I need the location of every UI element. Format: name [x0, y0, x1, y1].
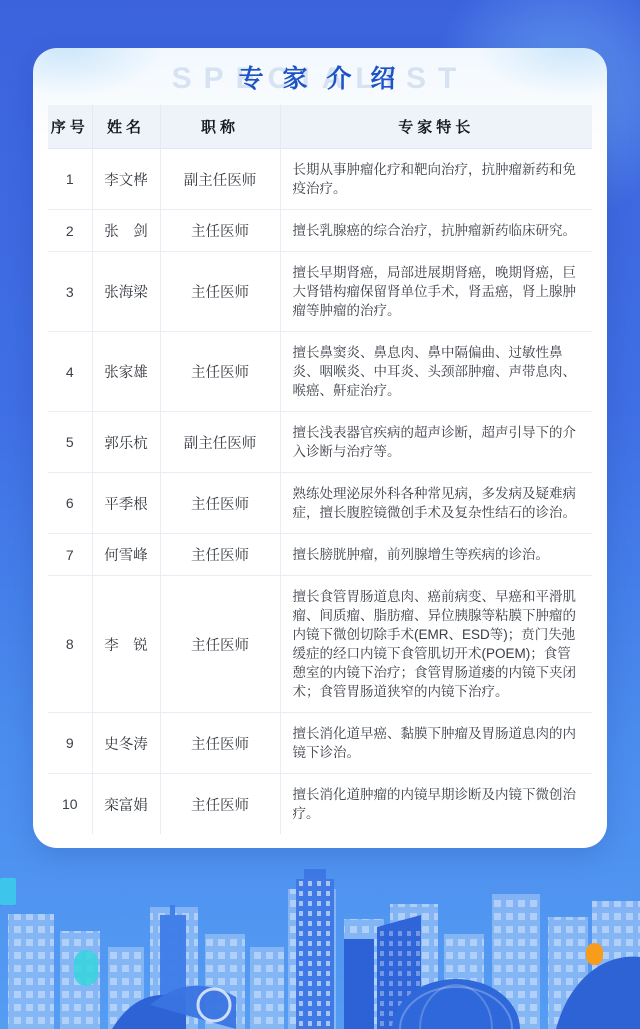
table-row: 10 栾富娟 主任医师 擅长消化道肿瘤的内镜早期诊断及内镜下微创治疗。 [48, 774, 592, 835]
cell-title: 主任医师 [160, 473, 280, 534]
cell-name: 张海梁 [92, 252, 160, 332]
table-row: 3 张海梁 主任医师 擅长早期肾癌，局部进展期肾癌，晚期肾癌，巨大肾错构瘤保留肾… [48, 252, 592, 332]
cell-name: 张家雄 [92, 332, 160, 412]
city-skyline-icon [0, 859, 640, 1029]
page-title: 专 家 介 绍 [239, 59, 402, 95]
cell-no: 4 [48, 332, 92, 412]
card-header: SPECIALIST 专 家 介 绍 [48, 48, 592, 105]
table-row: 2 张 剑 主任医师 擅长乳腺癌的综合治疗，抗肿瘤新药临床研究。 [48, 210, 592, 252]
cell-title: 主任医师 [160, 713, 280, 774]
cell-title: 主任医师 [160, 252, 280, 332]
table-row: 4 张家雄 主任医师 擅长鼻窦炎、鼻息肉、鼻中隔偏曲、过敏性鼻炎、咽喉炎、中耳炎… [48, 332, 592, 412]
cell-name: 何雪峰 [92, 534, 160, 576]
col-header-title: 职称 [160, 105, 280, 149]
table-row: 8 李 锐 主任医师 擅长食管胃肠道息肉、癌前病变、早癌和平滑肌瘤、间质瘤、脂肪… [48, 576, 592, 713]
cell-specialty: 擅长食管胃肠道息肉、癌前病变、早癌和平滑肌瘤、间质瘤、脂肪瘤、异位胰腺等粘膜下肿… [280, 576, 592, 713]
cell-name: 李文桦 [92, 149, 160, 210]
page-background: SPECIALIST 专 家 介 绍 序号 姓名 职称 专家特长 1 李文桦 [0, 0, 640, 1029]
cell-title: 主任医师 [160, 576, 280, 713]
cell-title: 主任医师 [160, 534, 280, 576]
table-row: 5 郭乐杭 副主任医师 擅长浅表器官疾病的超声诊断，超声引导下的介入诊断与治疗等… [48, 412, 592, 473]
orange-dot-accent [586, 943, 603, 965]
col-header-no: 序号 [48, 105, 92, 149]
cell-name: 郭乐杭 [92, 412, 160, 473]
cell-specialty: 长期从事肿瘤化疗和靶向治疗，抗肿瘤新药和免疫治疗。 [280, 149, 592, 210]
cell-specialty: 擅长乳腺癌的综合治疗，抗肿瘤新药临床研究。 [280, 210, 592, 252]
cell-name: 栾富娟 [92, 774, 160, 835]
table-row: 7 何雪峰 主任医师 擅长膀胱肿瘤，前列腺增生等疾病的诊治。 [48, 534, 592, 576]
specialist-table-body: 1 李文桦 副主任医师 长期从事肿瘤化疗和靶向治疗，抗肿瘤新药和免疫治疗。 2 … [48, 149, 592, 835]
cell-no: 1 [48, 149, 92, 210]
cell-specialty: 擅长鼻窦炎、鼻息肉、鼻中隔偏曲、过敏性鼻炎、咽喉炎、中耳炎、头颈部肿瘤、声带息肉… [280, 332, 592, 412]
col-header-specialty: 专家特长 [280, 105, 592, 149]
cell-title: 主任医师 [160, 332, 280, 412]
cell-no: 3 [48, 252, 92, 332]
table-header-row: 序号 姓名 职称 专家特长 [48, 105, 592, 149]
cell-specialty: 擅长消化道肿瘤的内镜早期诊断及内镜下微创治疗。 [280, 774, 592, 835]
cell-name: 张 剑 [92, 210, 160, 252]
cell-title: 主任医师 [160, 210, 280, 252]
cell-no: 5 [48, 412, 92, 473]
cell-specialty: 熟练处理泌尿外科各种常见病，多发病及疑难病症，擅长腹腔镜微创手术及复杂性结石的诊… [280, 473, 592, 534]
cell-no: 8 [48, 576, 92, 713]
table-row: 1 李文桦 副主任医师 长期从事肿瘤化疗和靶向治疗，抗肿瘤新药和免疫治疗。 [48, 149, 592, 210]
cell-name: 史冬涛 [92, 713, 160, 774]
cell-specialty: 擅长浅表器官疾病的超声诊断，超声引导下的介入诊断与治疗等。 [280, 412, 592, 473]
cyan-square-accent [0, 878, 16, 905]
cell-title: 副主任医师 [160, 412, 280, 473]
cell-no: 10 [48, 774, 92, 835]
cell-no: 2 [48, 210, 92, 252]
table-row: 9 史冬涛 主任医师 擅长消化道早癌、黏膜下肿瘤及胃肠道息肉的内镜下诊治。 [48, 713, 592, 774]
cell-no: 6 [48, 473, 92, 534]
cell-title: 副主任医师 [160, 149, 280, 210]
col-header-name: 姓名 [92, 105, 160, 149]
cyan-dot-accent [74, 950, 98, 986]
cell-specialty: 擅长消化道早癌、黏膜下肿瘤及胃肠道息肉的内镜下诊治。 [280, 713, 592, 774]
specialist-table: 序号 姓名 职称 专家特长 1 李文桦 副主任医师 长期从事肿瘤化疗和靶向治疗，… [48, 105, 592, 834]
cell-name: 平季根 [92, 473, 160, 534]
cell-name: 李 锐 [92, 576, 160, 713]
cell-title: 主任医师 [160, 774, 280, 835]
cell-specialty: 擅长早期肾癌，局部进展期肾癌，晚期肾癌，巨大肾错构瘤保留肾单位手术，肾盂癌，肾上… [280, 252, 592, 332]
cell-no: 9 [48, 713, 92, 774]
table-row: 6 平季根 主任医师 熟练处理泌尿外科各种常见病，多发病及疑难病症，擅长腹腔镜微… [48, 473, 592, 534]
specialist-card: SPECIALIST 专 家 介 绍 序号 姓名 职称 专家特长 1 李文桦 [33, 48, 607, 848]
cell-specialty: 擅长膀胱肿瘤，前列腺增生等疾病的诊治。 [280, 534, 592, 576]
cell-no: 7 [48, 534, 92, 576]
